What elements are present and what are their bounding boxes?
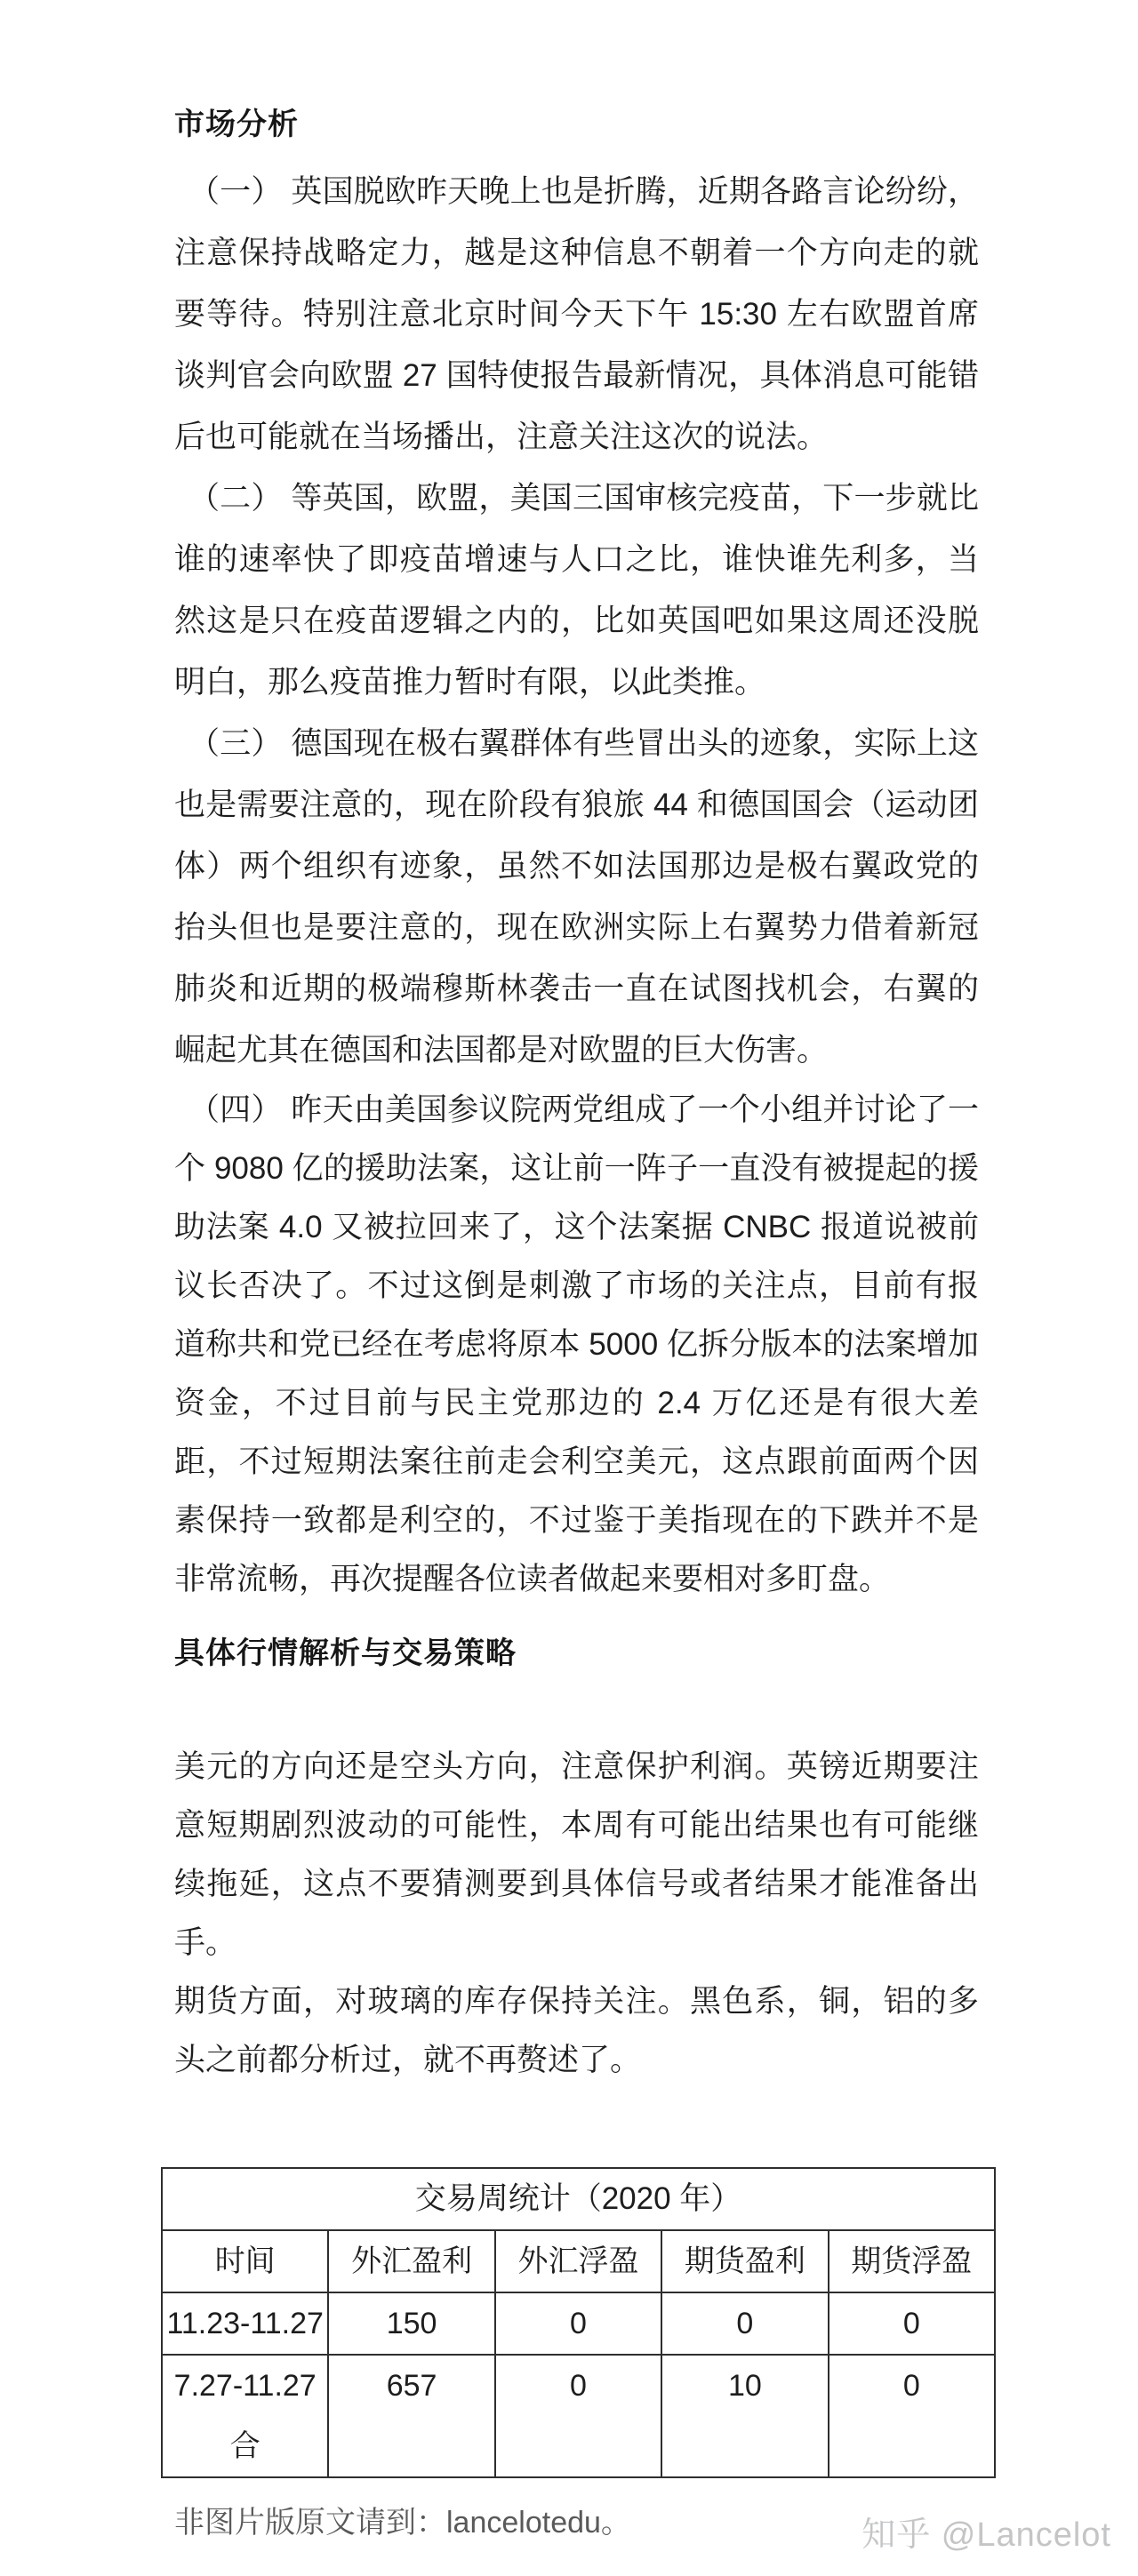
zhihu-watermark: 知乎 @Lancelot [862, 2507, 1111, 2556]
paragraph-vaccine: （二） 等英国，欧盟，美国三国审核完疫苗，下一步就比谁的速率快了即疫苗增速与人口… [174, 468, 979, 713]
col-header-fx-profit: 外汇盈利 [328, 2230, 494, 2292]
footer-source-note: 非图片版原文请到：lancelotedu。 [174, 2501, 979, 2544]
table-row: 11.23-11.27 150 0 0 0 [162, 2292, 995, 2355]
cell-futures-floating: 0 [829, 2292, 995, 2355]
paragraph-us-aid-bill: （四） 昨天由美国参议院两党组成了一个小组并讨论了一个 9080 亿的援助法案，… [174, 1081, 979, 1609]
cell-fx-profit: 657 [328, 2355, 494, 2477]
article-content: 市场分析 （一） 英国脱欧昨天晚上也是折腾，近期各路言论纷纷，注意保持战略定力，… [174, 105, 979, 2544]
cell-time: 7.27-11.27 合 [162, 2355, 328, 2477]
col-header-time: 时间 [162, 2230, 328, 2292]
cell-fx-profit: 150 [328, 2292, 494, 2355]
table-title-row: 交易周统计（2020 年） [162, 2168, 995, 2230]
table-header-row: 时间 外汇盈利 外汇浮盈 期货盈利 期货浮盈 [162, 2230, 995, 2292]
cell-time: 11.23-11.27 [162, 2292, 328, 2355]
table-row: 7.27-11.27 合 657 0 10 0 [162, 2355, 995, 2477]
col-header-futures-profit: 期货盈利 [661, 2230, 828, 2292]
heading-market-analysis: 市场分析 [174, 105, 979, 145]
cell-futures-profit: 0 [661, 2292, 828, 2355]
document-page: 市场分析 （一） 英国脱欧昨天晚上也是折腾，近期各路言论纷纷，注意保持战略定力，… [0, 0, 1138, 2576]
cell-futures-profit: 10 [661, 2355, 828, 2477]
cell-time-total-label: 合 [163, 2416, 327, 2476]
paragraph-futures: 期货方面，对玻璃的库存保持关注。黑色系，铜，铝的多头之前都分析过，就不再赘述了。 [174, 1972, 979, 2090]
cell-fx-floating: 0 [495, 2355, 661, 2477]
paragraph-usd-gbp: 美元的方向还是空头方向，注意保护利润。英镑近期要注意短期剧烈波动的可能性，本周有… [174, 1738, 979, 1972]
col-header-futures-floating: 期货浮盈 [829, 2230, 995, 2292]
paragraph-germany-right-wing: （三） 德国现在极右翼群体有些冒出头的迹象，实际上这也是需要注意的，现在阶段有狼… [174, 713, 979, 1081]
table-title: 交易周统计（2020 年） [162, 2168, 995, 2230]
col-header-fx-floating: 外汇浮盈 [495, 2230, 661, 2292]
cell-fx-floating: 0 [495, 2292, 661, 2355]
paragraph-brexit: （一） 英国脱欧昨天晚上也是折腾，近期各路言论纷纷，注意保持战略定力，越是这种信… [174, 161, 979, 468]
trading-week-stats-table: 交易周统计（2020 年） 时间 外汇盈利 外汇浮盈 期货盈利 期货浮盈 11.… [161, 2167, 996, 2478]
heading-trading-strategy: 具体行情解析与交易策略 [174, 1634, 979, 1674]
cell-futures-floating: 0 [829, 2355, 995, 2477]
cell-time-range: 7.27-11.27 [163, 2356, 327, 2416]
